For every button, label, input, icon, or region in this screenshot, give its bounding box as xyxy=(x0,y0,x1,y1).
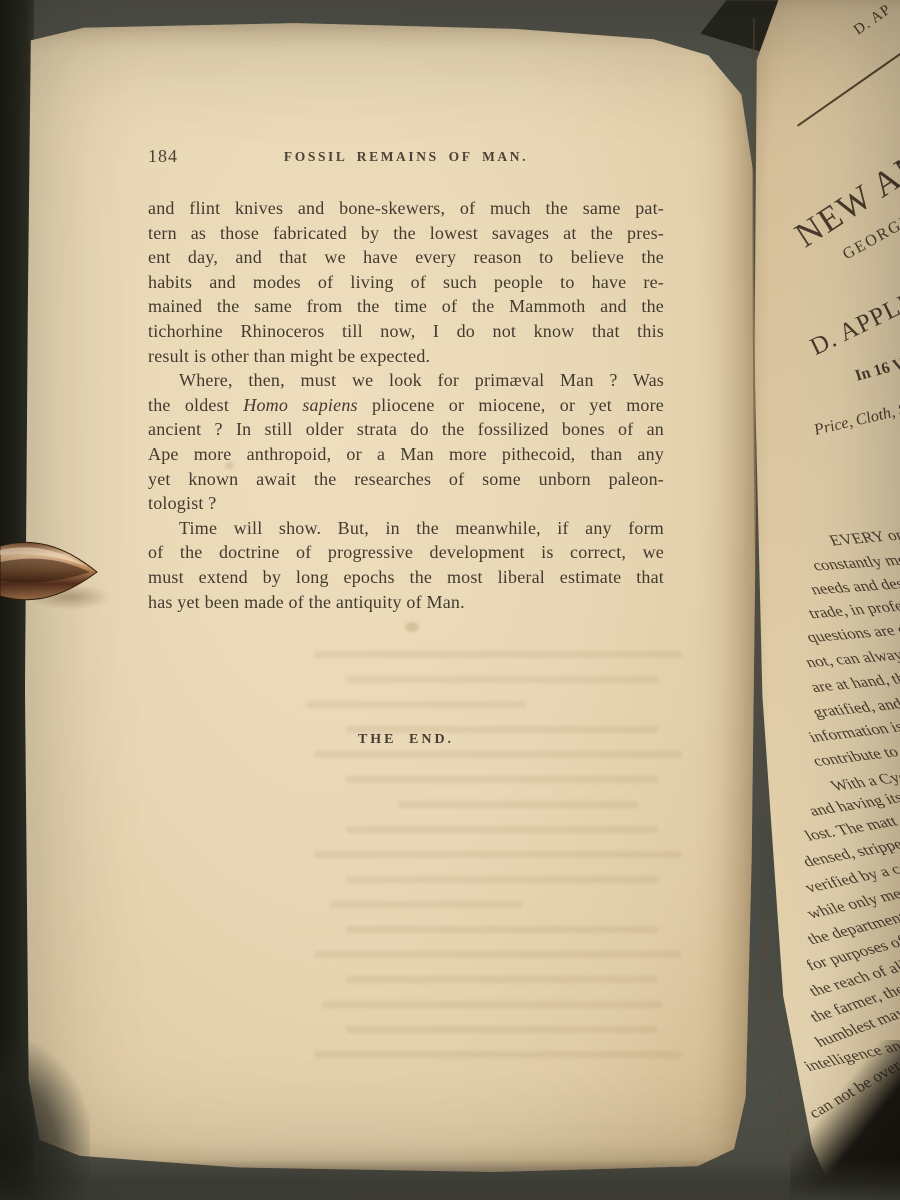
italic-text: Homo sapiens xyxy=(243,395,357,415)
text-segment: tologist ? xyxy=(148,493,217,513)
ad-text-line: Price, Cloth, $3. xyxy=(812,399,900,440)
text-line: tichorhine Rhinoceros till now, I do not… xyxy=(148,319,664,344)
text-line: habits and modes of living of such peopl… xyxy=(148,270,664,295)
the-end-label: THE END. xyxy=(148,732,664,748)
paper-stain xyxy=(405,622,419,632)
text-line: Ape more anthropoid, or a Man more pithe… xyxy=(148,442,664,467)
text-segment: Where, then, must we look for primæval M… xyxy=(179,370,664,390)
text-segment: habits and modes of living of such peopl… xyxy=(148,272,664,292)
copper-clasp-icon xyxy=(0,532,102,610)
text-segment: the oldest xyxy=(148,395,243,415)
text-line: Where, then, must we look for primæval M… xyxy=(148,368,664,393)
text-segment: pliocene or miocene, or yet more xyxy=(358,395,664,415)
text-line: result is other than might be expected. xyxy=(148,344,664,369)
text-line: Time will show. But, in the meanwhile, i… xyxy=(148,516,664,541)
text-line: ancient ? In still older strata do the f… xyxy=(148,417,664,442)
ad-text-line: are at hand, th xyxy=(807,669,900,696)
ad-text-line: trade, in profes xyxy=(805,596,900,622)
ad-text-line: In 16 V xyxy=(853,355,900,385)
text-segment: has yet been made of the antiquity of Ma… xyxy=(148,592,465,612)
text-line: must extend by long epochs the most libe… xyxy=(148,565,664,590)
text-line: the oldest Homo sapiens pliocene or mioc… xyxy=(148,393,664,418)
ad-text-line: not, can always xyxy=(802,645,900,672)
ad-text-line: D. AP xyxy=(851,1,895,39)
text-line: and flint knives and bone-skewers, of mu… xyxy=(148,196,664,221)
text-line: has yet been made of the antiquity of Ma… xyxy=(148,590,664,615)
text-segment: mained the same from the time of the Mam… xyxy=(148,296,664,316)
text-segment: result is other than might be expected. xyxy=(148,346,430,366)
text-column: 184 FOSSIL REMAINS OF MAN. and flint kni… xyxy=(148,146,664,614)
text-segment: and flint knives and bone-skewers, of mu… xyxy=(148,198,664,218)
cover-corner-dark xyxy=(0,1040,90,1200)
text-segment: yet known await the researches of some u… xyxy=(148,469,664,489)
body-text: and flint knives and bone-skewers, of mu… xyxy=(148,196,664,614)
show-through-text xyxy=(298,651,698,1076)
text-segment: ancient ? In still older strata do the f… xyxy=(148,419,664,439)
running-head: FOSSIL REMAINS OF MAN. xyxy=(148,146,664,165)
right-page-ad: D. APNEW AMGEORGED. APPLEIn 16 VPrice, C… xyxy=(740,0,900,1200)
text-segment: ent day, and that we have every reason t… xyxy=(148,247,664,267)
text-line: yet known await the researches of some u… xyxy=(148,467,664,492)
text-segment: of the doctrine of progressive developme… xyxy=(148,542,664,562)
text-line: of the doctrine of progressive developme… xyxy=(148,540,664,565)
ad-text-line: needs and des xyxy=(807,575,900,599)
ad-text-line: constantly me xyxy=(809,551,900,575)
ad-divider-rule xyxy=(797,49,900,126)
text-segment: tern as those fabricated by the lowest s… xyxy=(148,223,664,243)
text-line: tern as those fabricated by the lowest s… xyxy=(148,221,664,246)
left-page: 184 FOSSIL REMAINS OF MAN. and flint kni… xyxy=(25,22,756,1172)
text-line: ent day, and that we have every reason t… xyxy=(148,245,664,270)
ad-text-line: gratified, and t xyxy=(809,694,900,722)
ad-text-line: EVERY one xyxy=(826,525,900,550)
text-line: tologist ? xyxy=(148,491,664,516)
text-segment: tichorhine Rhinoceros till now, I do not… xyxy=(148,321,664,341)
text-line: mained the same from the time of the Mam… xyxy=(148,294,664,319)
text-segment: must extend by long epochs the most libe… xyxy=(148,567,664,587)
ad-text-line: questions are co xyxy=(803,620,900,647)
page-header: 184 FOSSIL REMAINS OF MAN. xyxy=(148,146,664,170)
ad-text-line: D. APPLE xyxy=(806,287,900,362)
text-segment: Time will show. But, in the meanwhile, i… xyxy=(179,518,664,538)
page-number: 184 xyxy=(148,146,178,167)
text-segment: Ape more anthropoid, or a Man more pithe… xyxy=(148,444,664,464)
book-photo: 184 FOSSIL REMAINS OF MAN. and flint kni… xyxy=(0,0,900,1200)
cover-bottom-edge xyxy=(0,1160,900,1200)
